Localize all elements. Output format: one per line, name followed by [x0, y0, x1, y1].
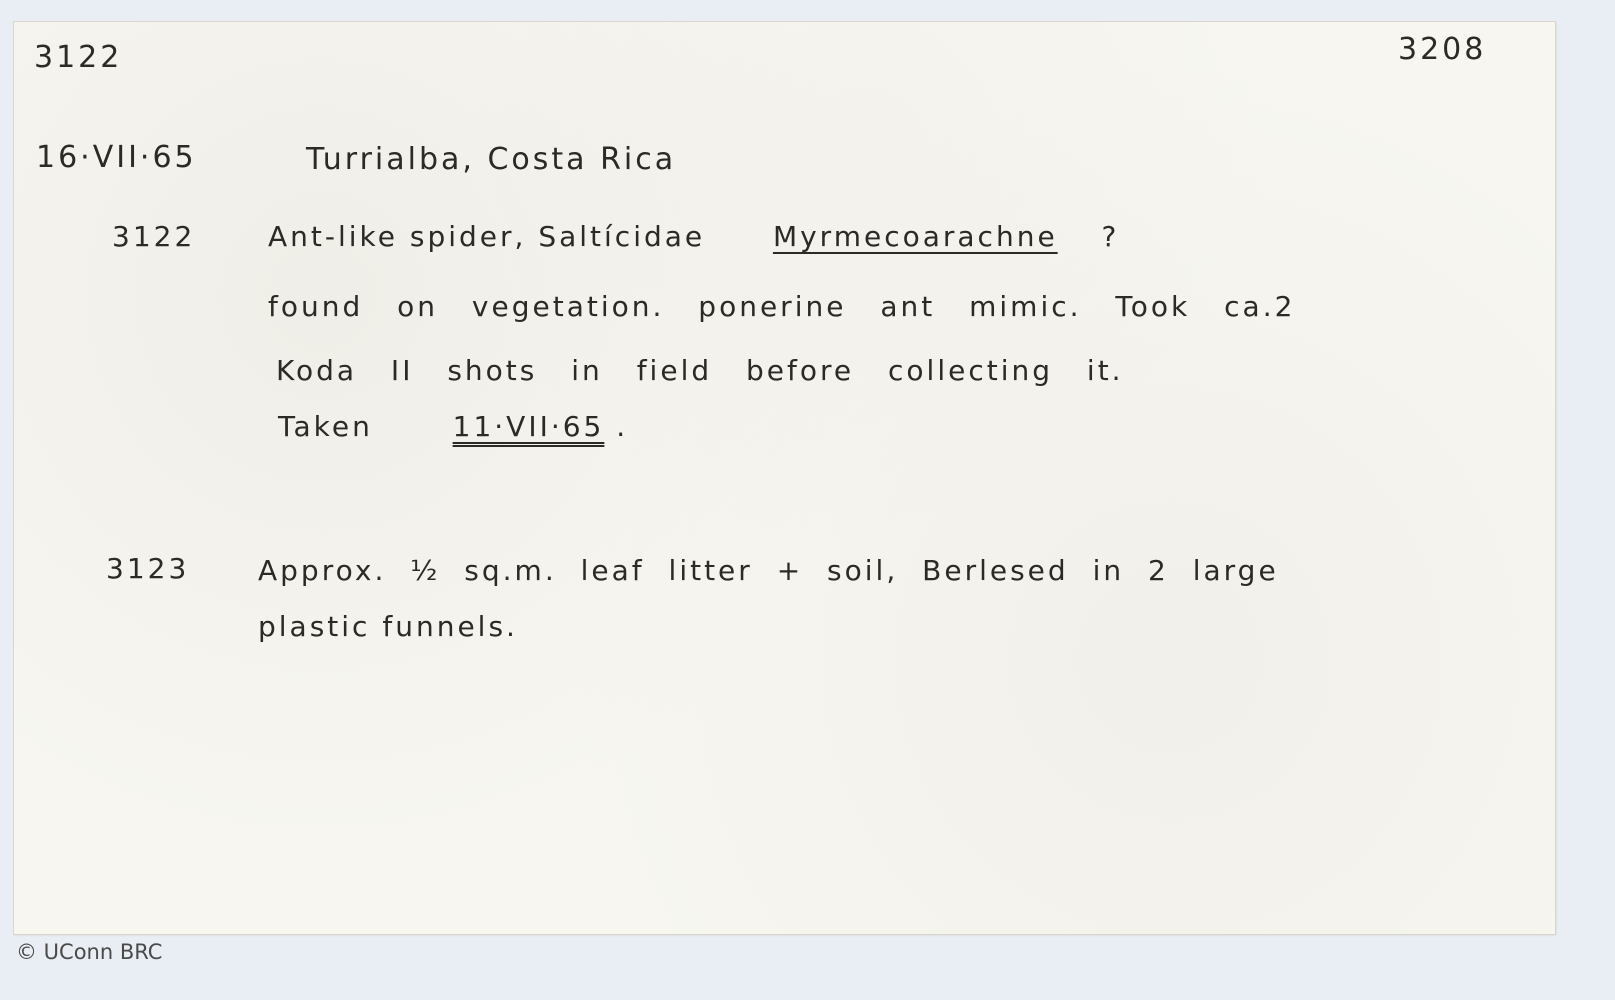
query-mark: ?: [1101, 220, 1119, 253]
collection-date: 16·VII·65: [36, 140, 197, 175]
entry-line: found on vegetation. ponerine ant mimic.…: [268, 290, 1295, 323]
entry-number: 3122: [112, 220, 195, 253]
card-number-top-left: 3122: [34, 40, 122, 75]
taken-date: 11·VII·65: [453, 410, 605, 443]
period: .: [616, 410, 628, 443]
taken-label: Taken: [278, 410, 373, 443]
entry-line: Ant-like spider, Saltícidae Myrmecoarach…: [268, 220, 1119, 253]
entry-line: plastic funnels.: [258, 610, 518, 643]
copyright-notice: © UConn BRC: [16, 940, 162, 964]
card-number-top-right: 3208: [1398, 32, 1486, 67]
entry-number: 3123: [106, 552, 189, 585]
entry-line: Koda II shots in field before collecting…: [276, 354, 1124, 387]
species-description: Ant-like spider, Saltícidae: [268, 220, 705, 253]
entry-line: Approx. ½ sq.m. leaf litter + soil, Berl…: [258, 554, 1279, 587]
field-note-card: 3122 3208 16·VII·65 Turrialba, Costa Ric…: [14, 22, 1555, 934]
genus-name: Myrmecoarachne: [773, 220, 1058, 253]
collection-location: Turrialba, Costa Rica: [306, 142, 676, 177]
entry-line: Taken 11·VII·65 .: [278, 410, 628, 443]
